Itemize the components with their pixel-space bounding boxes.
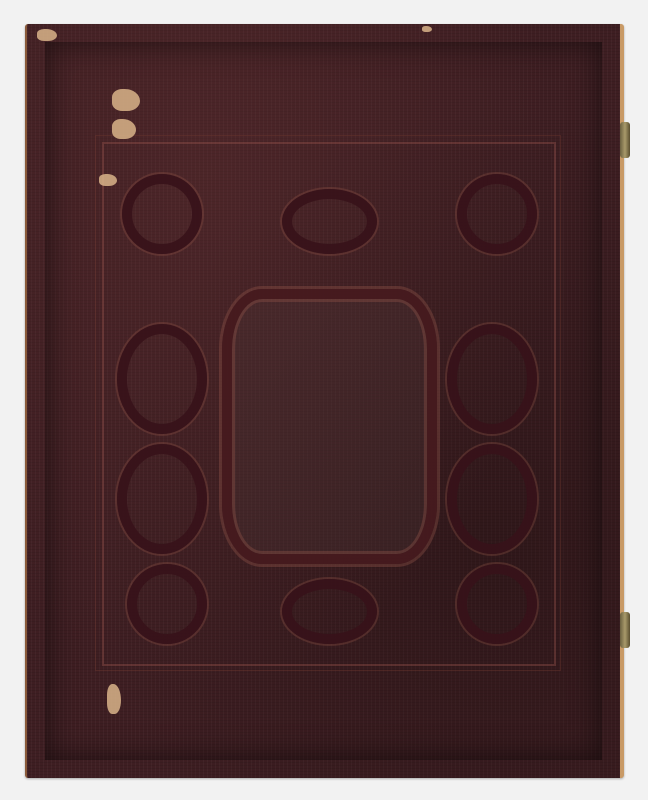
scroll-ornament-top [282, 189, 377, 254]
scroll-ornament-tl [122, 174, 202, 254]
scroll-ornament-ml [117, 324, 207, 434]
scroll-ornament-bl [127, 564, 207, 644]
wear-spot [99, 174, 117, 186]
wear-spot [112, 89, 140, 111]
scroll-ornament-br [457, 564, 537, 644]
scroll-ornament-mr [447, 324, 537, 434]
hinge-upper [620, 122, 630, 158]
scroll-ornament-lr [447, 444, 537, 554]
wear-spot [112, 119, 136, 139]
hinge-lower [620, 612, 630, 648]
wear-spot [422, 26, 432, 32]
scroll-ornament-ll [117, 444, 207, 554]
scroll-ornament-bottom [282, 579, 377, 644]
wear-spot [37, 29, 57, 41]
wear-spot [107, 684, 121, 714]
scroll-ornament-tr [457, 174, 537, 254]
leather-case-cover [25, 24, 624, 778]
central-cartouche [222, 289, 437, 564]
